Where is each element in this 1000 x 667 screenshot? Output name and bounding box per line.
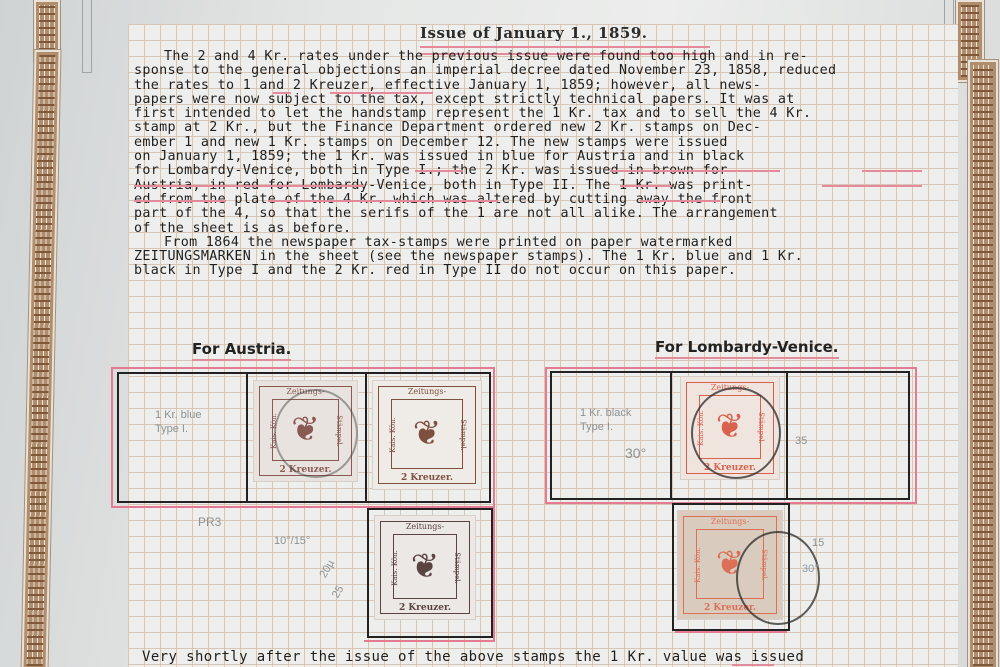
text-line: papers were now subject to the tax, exce…: [134, 93, 934, 107]
lombardy-section-title: For Lombardy-Venice.: [655, 338, 839, 359]
greek-key-border-right: [968, 60, 998, 667]
text-line: black in Type I and the 2 Kr. red in Typ…: [134, 264, 934, 278]
double-headed-eagle-icon: ❦: [413, 416, 442, 450]
underline-red-lombardy: [268, 200, 498, 202]
album-page: Issue of January 1., 1859. The 2 and 4 K…: [0, 0, 1000, 667]
text-line: From 1864 the newspaper tax-stamps were …: [134, 236, 934, 250]
postmark-cancel: [736, 531, 820, 625]
underline-austria: [134, 200, 226, 202]
underline-1: [273, 92, 291, 94]
continuation-text: Very shortly after the issue of the abov…: [142, 649, 804, 665]
text-line: the rates to 1 and 2 Kreuzer, effective …: [134, 79, 934, 93]
stamp-austria-2kr-unused-2[interactable]: Zeitungs- Kais. Kön. Stämpel. ❦ 2 Kreuze…: [374, 515, 476, 620]
underline-lombardy: [134, 185, 364, 187]
underline-2kr: [620, 185, 672, 187]
pencil-note-price: 10°/15°: [274, 534, 310, 548]
austria-divider-2: [365, 372, 367, 501]
corner-ornament-left: [82, 0, 92, 73]
lombardy-divider-2: [786, 371, 788, 498]
lombardy-row2-underline: [675, 631, 787, 633]
text-line: The 2 and 4 Kr. rates under the previous…: [134, 50, 934, 64]
text-line: ed from the plate of the 4 Kr. which was…: [134, 193, 934, 207]
underline-1kr: [415, 170, 463, 172]
postmark-cancel: [691, 387, 781, 479]
text-line: ZEITUNGSMARKEN in the sheet (see the new…: [134, 250, 934, 264]
underline-black: [862, 170, 922, 172]
text-line: part of the 4, so that the serifs of the…: [134, 207, 934, 221]
austria-section-title: For Austria.: [192, 340, 291, 361]
stamp-austria-2kr-unused[interactable]: Zeitungs- Kais. Kön. Stämpel. ❦ 2 Kreuze…: [372, 380, 482, 490]
austria-empty-slot-note: 1 Kr. blue Type I.: [155, 408, 201, 436]
underline-blue-austria: [610, 170, 780, 172]
pencil-note-price-3: 15: [812, 536, 824, 550]
lombardy-divider-1: [670, 371, 672, 498]
postmark-cancel: [274, 389, 358, 478]
page-title: Issue of January 1., 1859.: [420, 24, 648, 42]
text-line: on January 1, 1859; the 1 Kr. was issued…: [134, 150, 934, 164]
body-text: The 2 and 4 Kr. rates under the previous…: [134, 50, 934, 279]
text-line: sponse to the general objections an impe…: [134, 64, 934, 78]
pencil-note-price-4: 30°: [802, 562, 819, 576]
text-line: first intended to let the handstamp repr…: [134, 107, 934, 121]
pencil-note-price: 30°: [625, 446, 646, 460]
underline-2-kreuzer: [330, 92, 433, 94]
double-headed-eagle-icon: ❦: [411, 549, 440, 583]
lombardy-empty-slot-note: 1 Kr. black Type I.: [580, 406, 631, 434]
stamp-lombardy-2kr-used[interactable]: Zeitungs- Kais. Kön. Stämpel. ❦ 2 Kreuze…: [680, 376, 780, 480]
stamp-lombardy-2kr-used-2[interactable]: Zeitungs- Kais. Kön. Stämpel. ❦ 2 Kreuze…: [677, 510, 783, 620]
underline-type2: [640, 200, 720, 202]
underline-1kr-footer: [732, 664, 774, 666]
stamp-austria-2kr-used[interactable]: Zeitungs- Kais. Kön. Stämpel. ❦ 2 Kreuze…: [253, 380, 358, 482]
text-line: for Lombardy-Venice, both in Type I.; th…: [134, 164, 934, 178]
austria-divider-1: [246, 372, 248, 501]
text-line: ember 1 and new 1 Kr. stamps on December…: [134, 136, 934, 150]
text-line: of the sheet is as before.: [134, 222, 934, 236]
greek-key-border-left: [21, 50, 60, 667]
underline-brown: [822, 185, 922, 187]
text-line: stamp at 2 Kr., but the Finance Departme…: [134, 121, 934, 135]
pencil-note-price-2: 35: [795, 434, 807, 448]
pencil-note-pr3: PR3: [198, 515, 221, 529]
